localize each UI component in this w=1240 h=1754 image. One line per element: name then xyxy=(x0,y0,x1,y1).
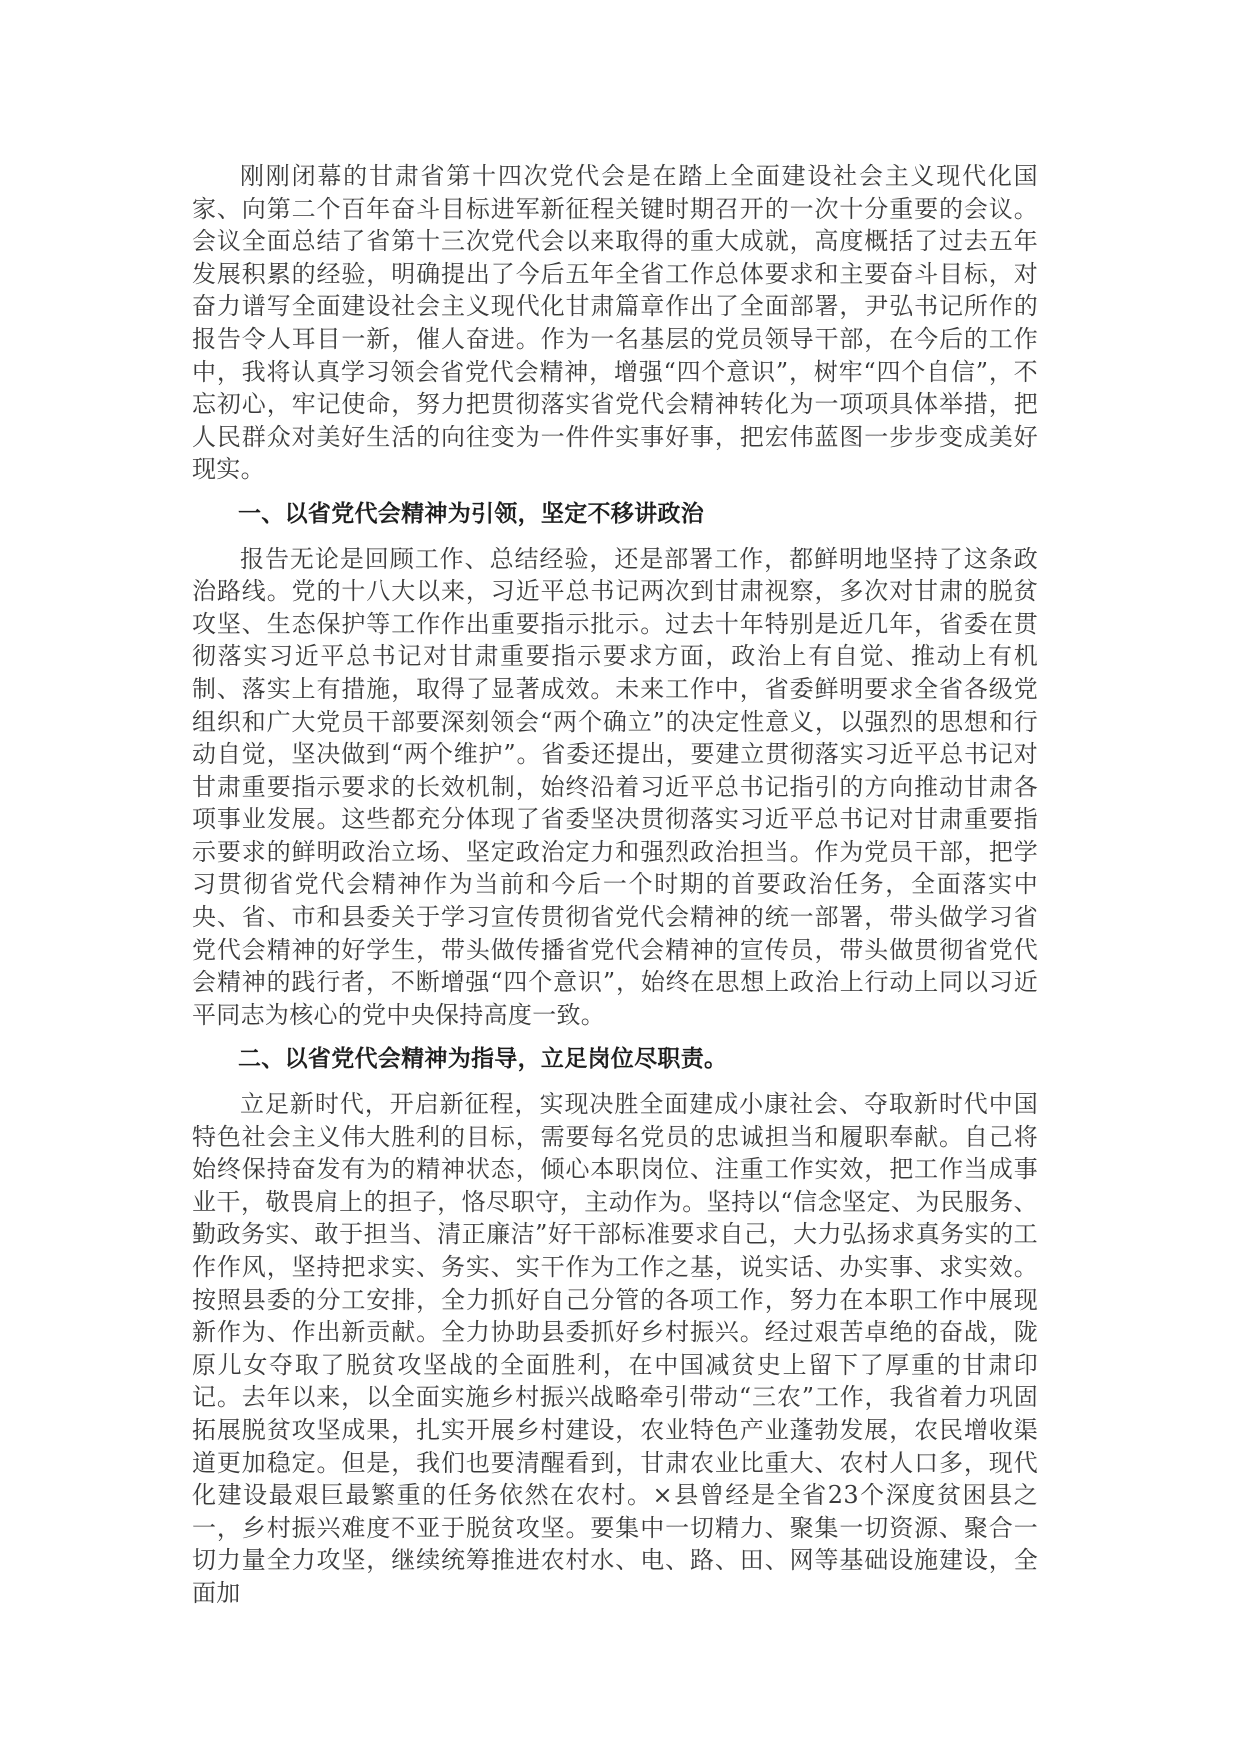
paragraph-section-1: 报告无论是回顾工作、总结经验，还是部署工作，都鲜明地坚持了这条政治路线。党的十八… xyxy=(192,543,1038,1032)
document-page: 刚刚闭幕的甘肃省第十四次党代会是在踏上全面建设社会主义现代化国家、向第二个百年奋… xyxy=(192,160,1038,1610)
paragraph-section-2: 立足新时代，开启新征程，实现决胜全面建成小康社会、夺取新时代中国特色社会主义伟大… xyxy=(192,1088,1038,1610)
section-heading-1: 一、以省党代会精神为引领，坚定不移讲政治 xyxy=(192,498,1038,531)
paragraph-intro: 刚刚闭幕的甘肃省第十四次党代会是在踏上全面建设社会主义现代化国家、向第二个百年奋… xyxy=(192,160,1038,486)
section-heading-2: 二、以省党代会精神为指导，立足岗位尽职责。 xyxy=(192,1043,1038,1076)
